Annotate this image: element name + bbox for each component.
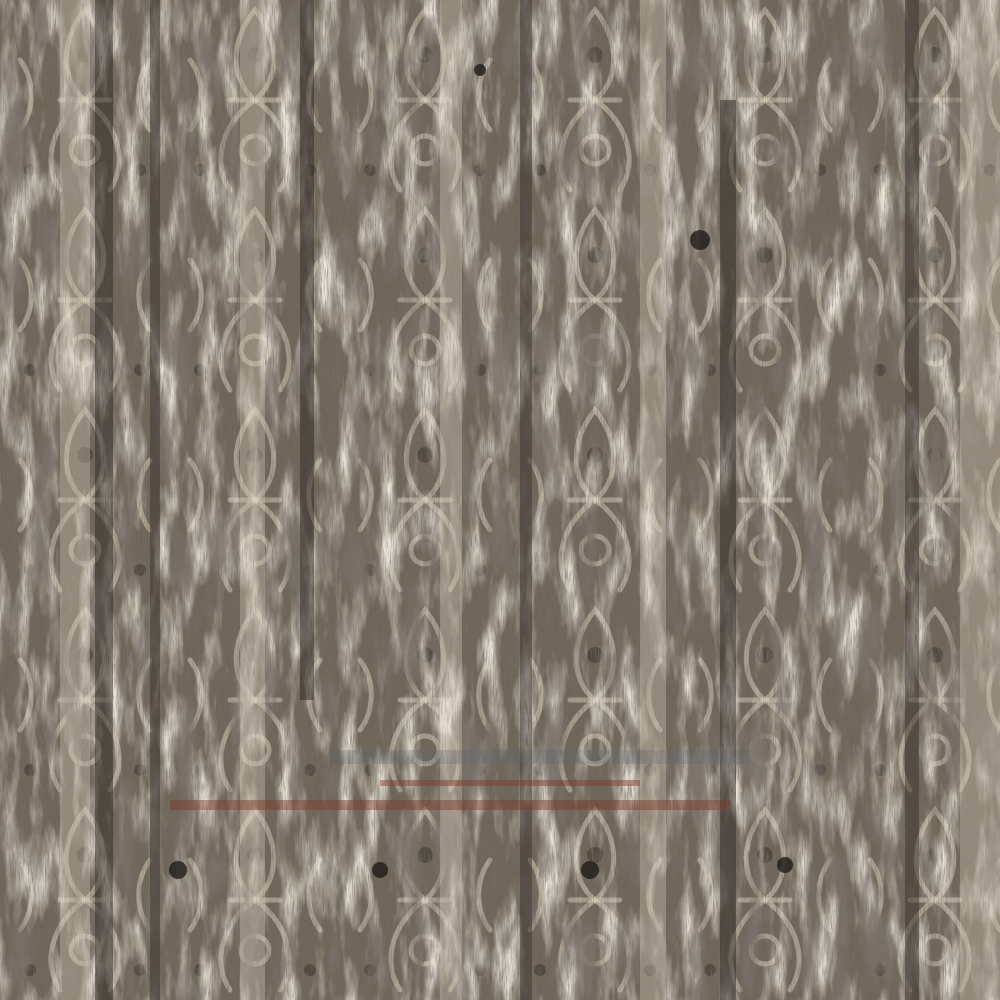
rug-photo [0,0,1000,1000]
rug-pattern [0,0,1000,1000]
